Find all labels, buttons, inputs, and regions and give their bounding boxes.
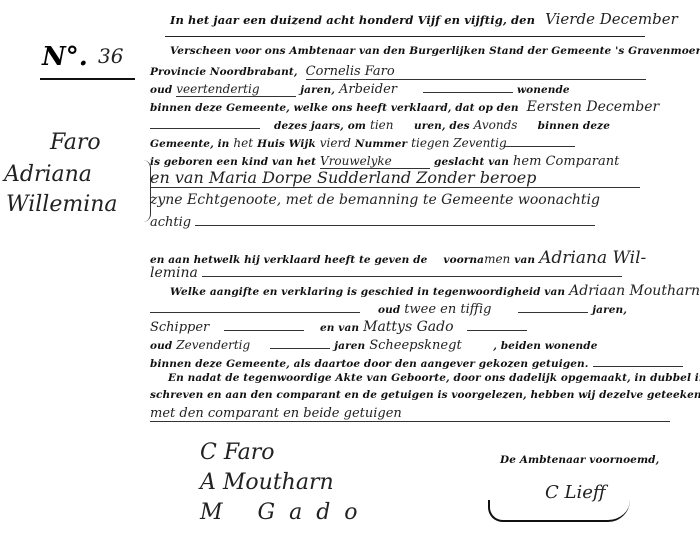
line-1-date: Vierde December	[545, 10, 678, 28]
line-13-hand: lemina	[150, 265, 198, 281]
line-4-print-a: oud	[150, 84, 172, 96]
line-4-age: veertendertig	[176, 82, 296, 97]
line-13: lemina	[150, 264, 622, 282]
line-3-print: Provincie Noordbrabant,	[150, 66, 298, 78]
margin-given-name-1: Adriana	[4, 162, 92, 187]
line-15-print-b: jaren,	[592, 304, 627, 316]
line-17-witness-2-age: Zevendertig	[176, 338, 266, 352]
line-7-house-number: tiegen Zeventig	[411, 136, 501, 150]
margin-given-name-2: Willemina	[6, 192, 118, 217]
line-16-witness-2: Mattys Gado	[363, 319, 463, 335]
line-7-print-c: Nummer	[355, 138, 407, 150]
line-16: Schipper en van Mattys Gado	[150, 318, 527, 336]
line-17-print-a: oud	[150, 340, 172, 352]
line-4-blank	[423, 92, 513, 93]
line-7-wijk: vierd	[320, 136, 351, 150]
line-3: Provincie Noordbrabant, Cornelis Faro	[150, 62, 646, 80]
line-7-blank	[505, 146, 575, 147]
line-6-print-c: binnen deze	[538, 120, 610, 132]
line-8-sex: Vrouwelyke	[320, 154, 430, 169]
line-15-blank-a	[150, 312, 360, 313]
line-17-print-c: , beiden wonende	[493, 340, 597, 352]
line-4: oud veertendertig jaren, Arbeider wonend…	[150, 80, 570, 98]
line-10-spouse-clause: zyne Echtgenoote, met de bemanning te Ge…	[150, 192, 600, 208]
line-15-witness-1-age: twee en tiffig	[404, 302, 514, 317]
line-6-time-of-day: Avonds	[474, 118, 534, 132]
line-14-print: Welke aangifte en verklaring is geschied…	[170, 286, 565, 298]
signature-declarant: C Faro	[200, 440, 274, 465]
line-20: schreven en aan den comparant en de getu…	[150, 389, 700, 401]
line-1-rule	[165, 36, 645, 37]
line-6-blank	[150, 128, 260, 129]
line-1: In het jaar een duizend acht honderd Vij…	[170, 10, 678, 29]
margin-surname: Faro	[50, 130, 101, 155]
record-number-label: N°.	[42, 42, 88, 72]
line-18-print: binnen deze Gemeente, als daartoe door d…	[150, 358, 589, 370]
line-7: Gemeente, in het Huis Wijk vierd Nummer …	[150, 134, 575, 152]
line-16-print-b: en van	[320, 322, 359, 334]
line-11: achtig	[150, 213, 595, 231]
line-14: Welke aangifte en verklaring is geschied…	[170, 282, 700, 300]
line-16-blank-a	[224, 330, 304, 331]
signature-witness-1: A Moutharn	[200, 470, 334, 495]
record-number-value: 36	[98, 44, 123, 68]
line-2: Verscheen voor ons Ambtenaar van den Bur…	[170, 45, 700, 57]
signature-witness-2: M Gado	[200, 500, 372, 525]
line-5-birth-date: Eersten December	[527, 99, 660, 115]
line-6: dezes jaars, om tien uren, des Avonds bi…	[150, 116, 610, 134]
line-7-print-a: Gemeente, in	[150, 138, 229, 150]
line-18: binnen deze Gemeente, als daartoe door d…	[150, 354, 683, 372]
line-15: oud twee en tiffig jaren,	[150, 300, 627, 318]
line-11-hand: achtig	[150, 215, 191, 230]
line-17-blank	[270, 348, 330, 349]
record-number-underline	[40, 78, 135, 80]
line-5: binnen deze Gemeente, welke ons heeft ve…	[150, 98, 659, 116]
line-5-print: binnen deze Gemeente, welke ons heeft ve…	[150, 102, 519, 114]
line-13-blank	[202, 276, 622, 277]
line-16-blank-b	[467, 330, 527, 331]
line-3-declarant: Cornelis Faro	[306, 64, 646, 80]
official-label: De Ambtenaar voornoemd,	[500, 454, 659, 466]
line-4-print-b: jaren,	[300, 84, 335, 96]
line-21: met den comparant en beide getuigen	[150, 404, 670, 422]
line-4-occupation: Arbeider	[339, 82, 419, 97]
line-8-print-b: geslacht van	[434, 156, 509, 168]
line-6-print-a: dezes jaars, om	[274, 120, 366, 132]
line-7-het: het	[233, 136, 253, 150]
line-16-witness-1-occupation: Schipper	[150, 320, 220, 335]
line-17-print-b: jaren	[334, 340, 365, 352]
line-17: oud Zevendertig jaren Scheepsknegt , bei…	[150, 336, 597, 354]
line-15-blank-b	[518, 312, 588, 313]
line-8-father: hem Comparant	[513, 154, 619, 169]
line-6-hour: tien	[370, 118, 410, 132]
line-21-hand: met den comparant en beide getuigen	[150, 406, 670, 422]
line-17-witness-2-occupation: Scheepsknegt	[369, 338, 489, 353]
line-18-blank	[593, 366, 683, 367]
line-9-mother: en van Maria Dorpe Sudderland Zonder ber…	[150, 168, 640, 188]
line-7-print-b: Huis Wijk	[257, 138, 316, 150]
line-19: En nadat de tegenwoordige Akte van Geboo…	[168, 372, 700, 384]
line-8-print-a: is geboren een kind van het	[150, 156, 316, 168]
line-6-print-b: uren, des	[414, 120, 470, 132]
line-4-print-c: wonende	[517, 84, 570, 96]
line-14-witness-1: Adriaan Moutharn	[569, 283, 700, 299]
line-1-print: In het jaar een duizend acht honderd Vij…	[170, 13, 535, 27]
line-15-print-a: oud	[378, 304, 400, 316]
official-signature-flourish	[488, 500, 630, 522]
line-11-blank	[195, 225, 595, 226]
